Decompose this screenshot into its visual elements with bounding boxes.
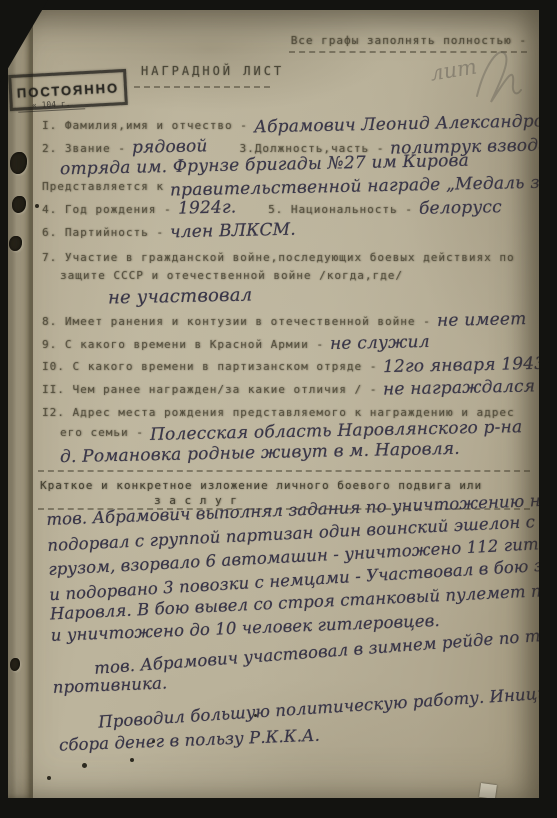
field-wounds: 8. Имеет ранения и контузии в отечествен…: [42, 312, 526, 330]
field-partisan-since: I0. С какого времени в партизанском отря…: [42, 357, 539, 375]
field-name-value: Абрамович Леонид Александрович: [254, 113, 539, 138]
paper-chip: [479, 783, 497, 798]
field-birthyear-label: 4. Год рождения -: [42, 203, 172, 216]
paper-speck: [152, 740, 155, 743]
narrative-line: противника.: [52, 673, 167, 696]
dashed-underline: [134, 86, 270, 88]
field-nationality-label: 5. Национальность -: [268, 203, 413, 216]
field-address-value-2: д. Романовка родные живут в м. Наровля.: [60, 441, 460, 467]
stamp-text: ПОСТОЯННО: [17, 80, 120, 100]
document-page: Все графы заполнять полностью - лит НАГР…: [8, 10, 539, 798]
field-name-label: I. Фамилия,имя и отчество -: [42, 119, 248, 132]
field-war-value: не участвовал: [108, 286, 253, 308]
field-war-label-2: защите СССР и отечественной войне /когда…: [60, 269, 403, 282]
field-birth-nationality: 4. Год рождения -1924г.5. Национальность…: [42, 200, 502, 218]
field-partisan-value: 12го января 1943года: [383, 355, 539, 377]
section-header: Краткое и конкретное изложение личного б…: [40, 476, 482, 493]
field-address-label-1: I2. Адрес места рождения представляемого…: [42, 406, 515, 419]
ink-speck: [35, 204, 39, 208]
paper-speck: [254, 714, 257, 717]
merit-description: тов. Абрамович выполнял задания по уничт…: [46, 491, 538, 510]
field-party-value: член ВЛКСМ.: [170, 222, 296, 242]
field-war-participation-2: защите СССР и отечественной войне /когда…: [60, 266, 403, 283]
field-red-army-label: 9. С какого времени в Красной Армии -: [42, 338, 324, 351]
field-party: 6. Партийность -член ВЛКСМ.: [42, 223, 296, 241]
section-separator: [38, 470, 530, 472]
field-prior-awards-label: II. Чем ранее награжден/за какие отличия…: [42, 383, 377, 396]
binding-edge: [8, 10, 33, 798]
section-header-line1: Краткое и конкретное изложение личного б…: [40, 479, 482, 492]
field-partisan-label: I0. С какого времени в партизанском отря…: [42, 360, 377, 373]
field-address-3: д. Романовка родные живут в м. Наровля.: [60, 445, 460, 463]
field-red-army-value: не служил: [330, 334, 430, 354]
field-presented-award: Представляется кправительственной наград…: [42, 177, 539, 195]
field-war-answer: не участвовал: [108, 288, 252, 307]
pencil-flourish: [469, 44, 525, 108]
presented-label: Представляется к: [42, 180, 164, 193]
field-nationality-value: белорусс: [419, 199, 502, 219]
paper-speck: [130, 758, 134, 762]
field-wounds-value: не имеет: [437, 311, 527, 331]
field-rank-label: 2. Звание -: [42, 142, 126, 155]
paper-speck: [47, 776, 51, 780]
field-position-continued: отряда им. Фрунзе бригады №27 им Кирова: [60, 157, 469, 175]
field-address: I2. Адрес места рождения представляемого…: [42, 403, 515, 420]
field-wounds-label: 8. Имеет ранения и контузии в отечествен…: [42, 315, 431, 328]
stamp-date-line: « 104 г.: [18, 98, 85, 112]
field-name: I. Фамилия,имя и отчество -Абрамович Лео…: [42, 116, 539, 134]
field-party-label: 6. Партийность -: [42, 226, 164, 239]
field-red-army: 9. С какого времени в Красной Армии -не …: [42, 335, 430, 353]
field-address-label-2: его семьи -: [60, 426, 144, 439]
paper-speck: [82, 763, 87, 768]
field-war-participation: 7. Участие в гражданской войне,последующ…: [42, 248, 515, 265]
page-title: НАГРАДНОЙ ЛИСТ: [141, 64, 284, 78]
field-war-label-1: 7. Участие в гражданской войне,последующ…: [42, 251, 515, 264]
field-birthyear-value: 1924г.: [177, 199, 236, 218]
field-prior-awards: II. Чем ранее награжден/за какие отличия…: [42, 380, 536, 398]
field-prior-awards-value: не награждался: [383, 378, 536, 399]
field-rank-value: рядовой: [132, 138, 208, 157]
